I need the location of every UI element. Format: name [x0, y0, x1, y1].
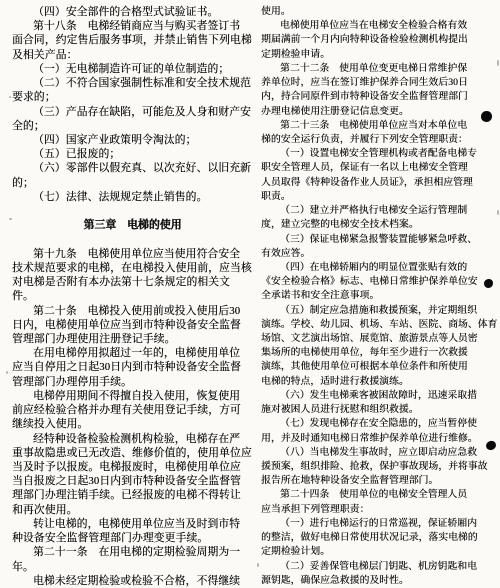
text-line: 电梯的特点，适时进行救援演练。	[261, 375, 474, 389]
scan-speck	[9, 96, 11, 98]
scan-speck	[9, 218, 12, 220]
text-line: 日内，电梯使用单位应当到市特种设备安全监督	[12, 318, 253, 332]
text-line: 要求的；	[12, 90, 253, 104]
text-line: 集场所的电梯使用单位，每年至少进行一次救援	[261, 346, 474, 360]
text-line: 人员取得《特种设备作业人员证》，承担相应管理	[261, 176, 474, 190]
text-line: 技术规范要求的电梯，在电梯投入使用前，应当核	[12, 261, 253, 275]
right-text-column: 使用。电梯使用单位应当在电梯安全检验合格有效期届满前一个月内向特种设备检验检测机…	[261, 5, 474, 588]
scan-speck	[497, 60, 499, 66]
scanned-document-page: （四）安全部件的合格型式试验证书。第十八条 电梯经销商应当与购买者签订书面合同，…	[0, 0, 500, 588]
text-line: 第二十四条 使用单位的电梯安全管理人员	[261, 488, 474, 502]
text-line: 管理部门办理使用注册登记手续。	[12, 332, 253, 346]
text-line: 定期检验计划。	[261, 545, 474, 559]
ink-dot-artifact	[481, 111, 492, 122]
text-line: （四）安全部件的合格型式试验证书。	[12, 5, 253, 19]
text-line: 电梯使用单位应当在电梯安全检验合格有效	[261, 19, 474, 33]
text-line: （三）产品存在缺陷，可能危及人身和财产安	[12, 105, 253, 119]
text-line: 全承诺书和安全注意事项。	[261, 289, 474, 303]
text-line: （三）保证电梯紧急报警装置能够紧急呼救、	[261, 233, 474, 247]
text-line: 梯的安全运行负责，并履行下列安全管理职责：	[261, 133, 474, 147]
text-line: 经特种设备检验检测机构检验，电梯存在严	[12, 432, 253, 446]
text-line: 当自报废之日起30日内到市特种设备安全监督管	[12, 474, 253, 488]
scan-speck	[257, 563, 259, 567]
text-line: （一）设置电梯安全管理机构或者配备电梯专	[261, 147, 474, 161]
text-line: 应当自停用之日起30日内到市特种设备安全监督	[12, 360, 253, 374]
text-line: 当及时予以报废。电梯报废时，电梯使用单位应	[12, 460, 253, 474]
text-line: 电梯停用期间不得擅自投入使用，恢复使用	[12, 389, 253, 403]
text-line: （二）建立并严格执行电梯安全运行管理制	[261, 204, 474, 218]
text-line: 演练，其他使用单位可根据本单位条件和所使用	[261, 360, 474, 374]
scan-speck	[497, 210, 499, 215]
text-line: 面合同，约定售后服务事项，并禁止销售下列电梯	[12, 33, 253, 47]
text-line: （二）妥善保管电梯层门钥匙、机房钥匙和电	[261, 560, 474, 574]
blank-line	[12, 233, 253, 247]
text-line: 第十八条 电梯经销商应当与购买者签订书	[12, 19, 253, 33]
text-line: （四）在电梯轿厢内的明显位置张贴有效的	[261, 261, 474, 275]
text-line: 度，建立完整的电梯安全技术档案。	[261, 218, 474, 232]
text-line: （一）无电梯制造许可证的单位制造的；	[12, 62, 253, 76]
text-line: 的；	[12, 176, 253, 190]
text-line: 电梯未经定期检验或检验不合格，不得继续	[12, 574, 253, 588]
text-line: （七）发现电梯存在安全隐患的，应当暂停使	[261, 417, 474, 431]
text-line: 种设备安全监督管理部门办理变更手续。	[12, 531, 253, 545]
text-line: 第二十一条 在用电梯的定期检验周期为一	[12, 545, 253, 559]
text-line: 援预案，组织排险、抢救，保护事故现场，并将事故	[261, 460, 474, 474]
text-line: 第十九条 电梯使用单位应当使用符合安全	[12, 247, 253, 261]
text-line: 报告所在地特种设备安全监督管理部门。	[261, 474, 474, 488]
text-line: 源钥匙，确保应急救援的及时性。	[261, 574, 474, 588]
ink-dot-artifact	[485, 440, 497, 451]
text-line: 职责。	[261, 190, 474, 204]
text-line: （二）不符合国家强制性标准和安全技术规范	[12, 76, 253, 90]
scan-speck	[6, 371, 8, 374]
text-line: （四）国家产业政策明令淘汰的；	[12, 133, 253, 147]
text-line: 管理部门办理停用手续。	[12, 375, 253, 389]
text-line: 用，并及时通知电梯日常维护保养单位进行维修。	[261, 432, 474, 446]
text-line: （六）发生电梯乘客被困故障时，迅速采取措	[261, 389, 474, 403]
text-line: 第二十二条 使用单位变更电梯日常维护保	[261, 62, 474, 76]
text-line: 年。	[12, 560, 253, 574]
text-line: （一）进行电梯运行的日常巡视，保证轿厢内	[261, 517, 474, 531]
text-line: 全的；	[12, 119, 253, 133]
text-line: 转让电梯的，电梯使用单位应当及时到市特	[12, 517, 253, 531]
text-line: 定期检验申请。	[261, 48, 474, 62]
text-line: 职安全管理人员，保证有一名以上电梯安全管理	[261, 161, 474, 175]
ink-dot-artifact	[484, 279, 493, 288]
chapter-heading: 第三章 电梯的使用	[12, 218, 253, 232]
text-line: 重事故隐患或已无改造、维修价值的，使用单位应	[12, 446, 253, 460]
text-line: 期届满前一个月内向特种设备检验检测机构提出	[261, 33, 474, 47]
text-line: 演练。学校、幼儿园、机场、车站、医院、商场、体育	[261, 318, 474, 332]
text-line: 前应经检验合格并办理有关使用登记手续，方可	[12, 403, 253, 417]
text-line: 件。	[12, 289, 253, 303]
text-line: 施对被困人员进行抚慰和组织救援。	[261, 403, 474, 417]
text-line: （七）法律、法规规定禁止销售的。	[12, 190, 253, 204]
text-line: （八）当电梯发生事故时，应立即启动应急救	[261, 446, 474, 460]
text-line: 办理电梯使用注册登记信息变更。	[261, 105, 474, 119]
text-line: 在用电梯停用拟超过一年的，电梯使用单位	[12, 346, 253, 360]
blank-line	[12, 204, 253, 218]
text-line: 对电梯是否附有本办法第十七条规定的相关文	[12, 275, 253, 289]
text-line: 内，持合同原件到市特种设备安全监督管理部门	[261, 90, 474, 104]
text-line: 第二十三条 电梯使用单位应当对本单位电	[261, 119, 474, 133]
text-line: 养单位时，应当在签订维护保养合同生效后30日	[261, 76, 474, 90]
left-text-column: （四）安全部件的合格型式试验证书。第十八条 电梯经销商应当与购买者签订书面合同，…	[12, 5, 253, 588]
text-line: 场馆、文艺演出场馆、展览馆、旅游景点等人员密	[261, 332, 474, 346]
text-line: （六）零部件以假充真、以次充好、以旧充新	[12, 161, 253, 175]
text-line: （五）已报废的；	[12, 147, 253, 161]
text-line: 第二十条 电梯投入使用前或投入使用后30	[12, 304, 253, 318]
text-line: 的整洁，做好电梯日常使用状况记录，落实电梯的	[261, 531, 474, 545]
text-line: 及相关产品：	[12, 48, 253, 62]
text-line: 有效应答。	[261, 247, 474, 261]
text-line: 理部门办理注销手续。已经报废的电梯不得转让	[12, 488, 253, 502]
text-line: 《安全检验合格》标志、电梯日常维护保养单位安	[261, 275, 474, 289]
text-line: 使用。	[261, 5, 474, 19]
text-line: 继续投入使用。	[12, 417, 253, 431]
text-line: （五）制定应急措施和救援预案，并定期组织	[261, 304, 474, 318]
text-line: 应当承担下列管理职责：	[261, 503, 474, 517]
text-line: 和再次使用。	[12, 503, 253, 517]
